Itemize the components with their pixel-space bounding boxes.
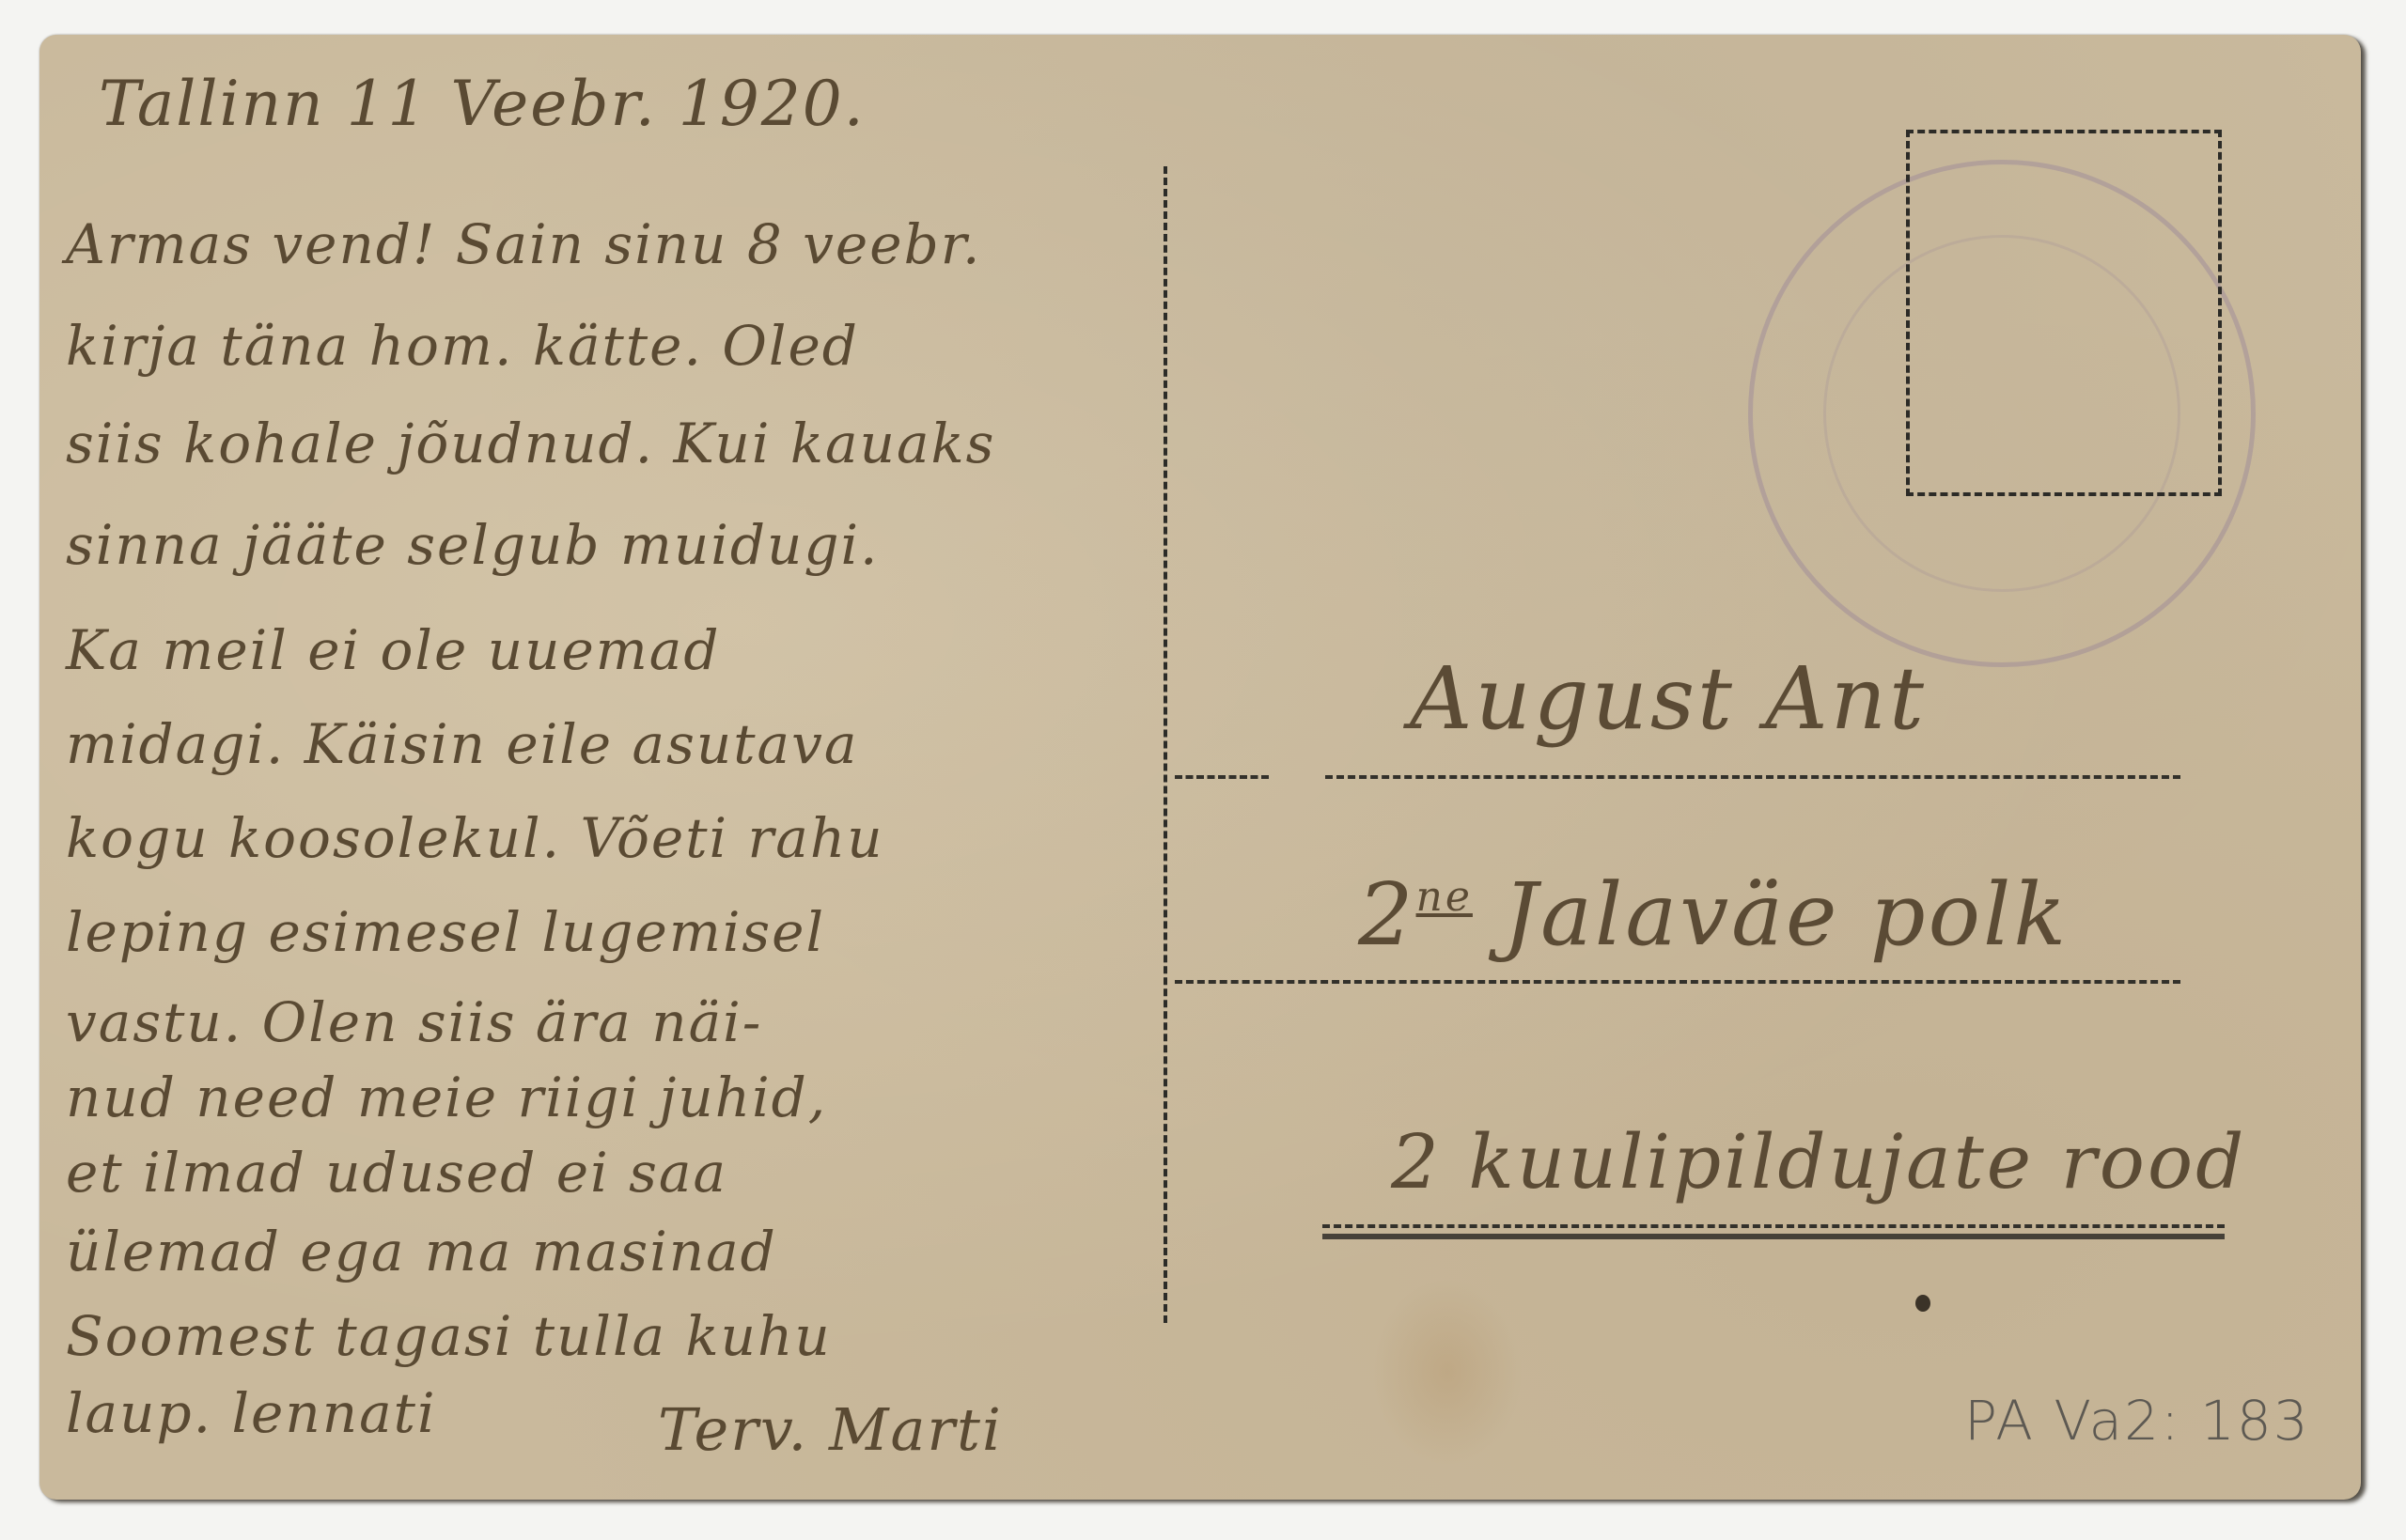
- message-date: Tallinn 11 Veebr. 1920.: [99, 68, 866, 140]
- message-line: Soomest tagasi tulla kuhu: [66, 1306, 832, 1366]
- address-line-3-dashed: [1322, 1224, 2225, 1228]
- message-line: kogu koosolekul. Võeti rahu: [66, 808, 884, 868]
- address-unit-number: 2: [1358, 864, 1416, 965]
- address-line-2-dashed: [1175, 980, 2180, 984]
- message-line: et ilmad udused ei saa: [66, 1143, 727, 1203]
- message-line: vastu. Olen siis ära näi-: [66, 992, 762, 1052]
- message-line: nud need meie riigi juhid,: [66, 1067, 827, 1128]
- address-unit-name: Jalaväe polk: [1503, 864, 2069, 965]
- fingerprint-smudge: [1372, 1278, 1523, 1466]
- message-signature: Terv. Marti: [658, 1400, 1003, 1460]
- address-line-3-solid: [1322, 1234, 2225, 1239]
- message-line: kirja täna hom. kätte. Oled: [66, 316, 859, 376]
- message-line: siis kohale jõudnud. Kui kauaks: [66, 413, 995, 474]
- message-line: sinna jääte selgub muidugi.: [66, 515, 879, 575]
- message-line: leping esimesel lugemisel: [66, 902, 825, 962]
- message-line: laup. lennati: [66, 1383, 437, 1443]
- stamp-placeholder-box: [1906, 130, 2222, 496]
- address-company: 2 kuulipildujate rood: [1391, 1118, 2246, 1206]
- message-line: Ka meil ei ole uuemad: [66, 620, 720, 680]
- address-unit-superscript: ne: [1416, 873, 1473, 921]
- address-unit: 2ne Jalaväe polk: [1358, 864, 2069, 965]
- address-line-1-dashed-left: [1175, 775, 1269, 779]
- vertical-divider: [1164, 166, 1167, 1323]
- message-line: ülemad ega ma masinad: [66, 1221, 777, 1282]
- address-name: August Ant: [1410, 648, 1927, 749]
- message-line: Armas vend! Sain sinu 8 veebr.: [66, 214, 982, 274]
- archive-reference: PA Va2: 183: [1964, 1389, 2310, 1453]
- address-line-1-dashed: [1325, 775, 2180, 779]
- message-line: midagi. Käisin eile asutava: [66, 714, 859, 774]
- ink-blot: [1915, 1295, 1930, 1312]
